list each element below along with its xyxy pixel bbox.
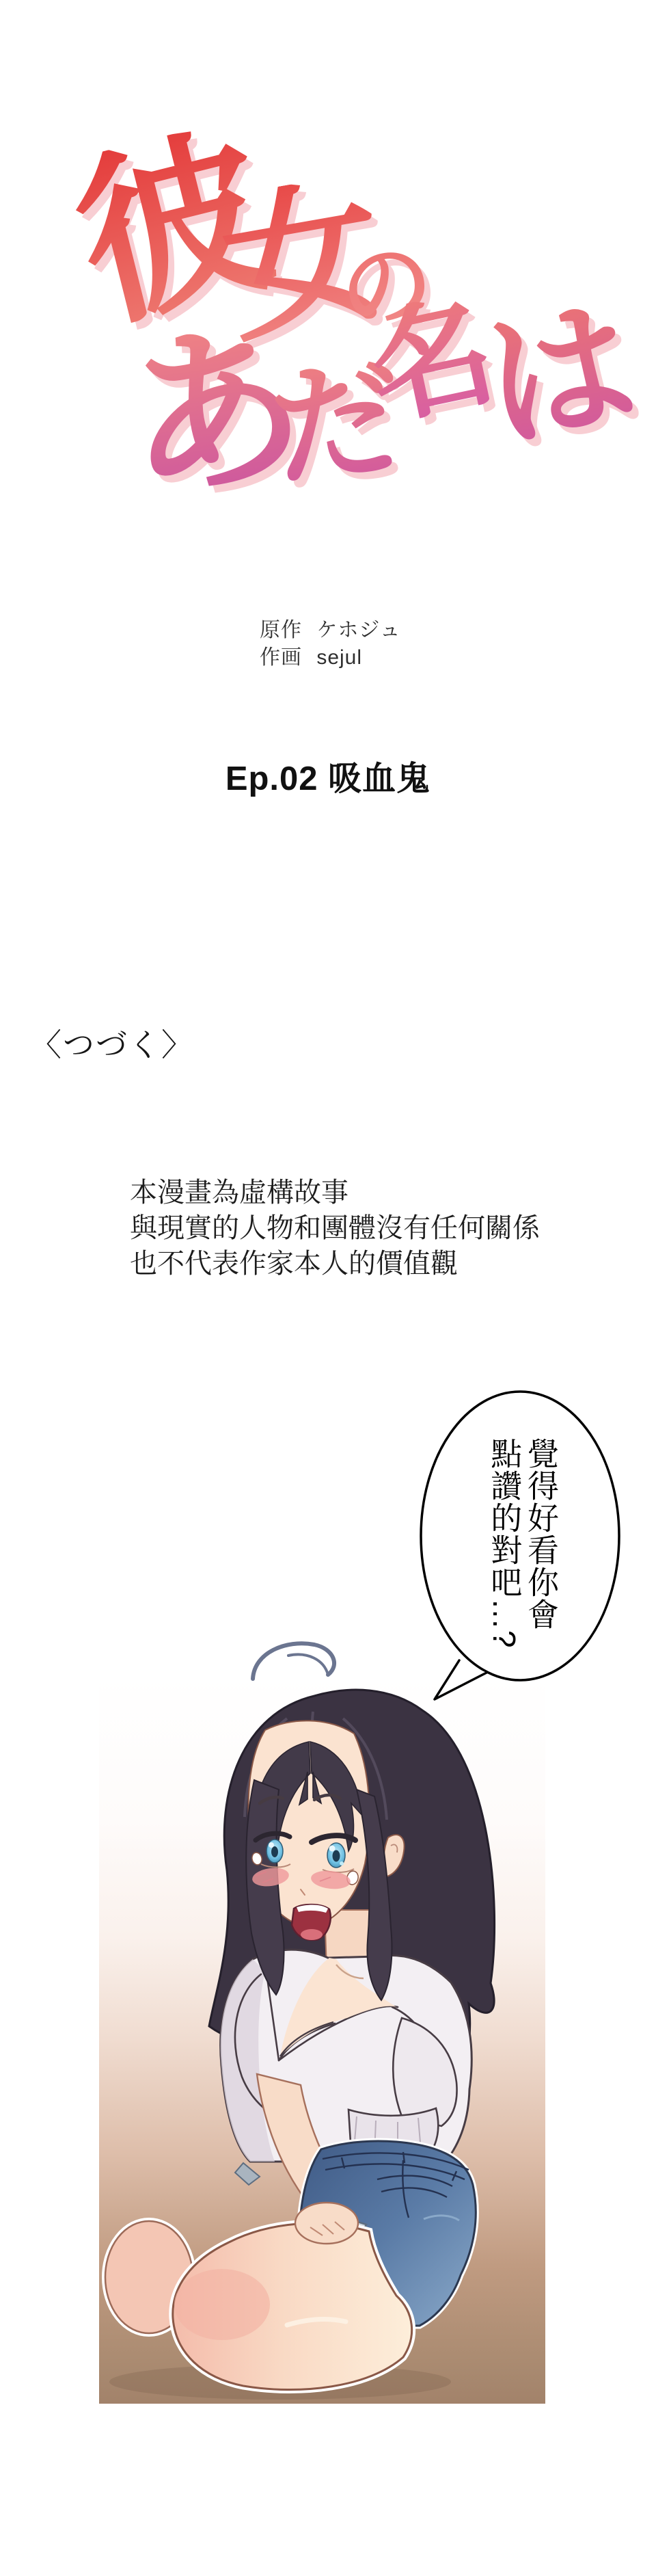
episode-title: Ep.02 吸血鬼 (0, 752, 656, 800)
speech-bubble-text: 覺得好看你會 點讚的對吧…? (487, 1437, 559, 1651)
credit-original-author: 原作 ケホジュ (260, 617, 401, 644)
speech-column: 覺得好看你會 (522, 1437, 559, 1651)
disclaimer-line: 本漫畫為虛構故事 (130, 1175, 540, 1210)
to-be-continued-text: 〈つづく〉 (30, 1020, 194, 1065)
speech-column: 點讚的對吧…? (485, 1437, 522, 1651)
webtoon-page: { "title_logo": { "full_title": "彼女のあだ名は… (0, 0, 656, 2576)
knee-blush (174, 2269, 270, 2340)
hands (295, 2203, 358, 2244)
series-title-logo: 彼 女 の あ だ 名 は (0, 0, 656, 561)
disclaimer-line: 與現實的人物和團體沒有任何關係 (130, 1210, 540, 1246)
disclaimer: 本漫畫為虛構故事 與現實的人物和團體沒有任何關係 也不代表作家本人的價值觀 (130, 1175, 540, 1282)
credit-artist: 作画 sejul (260, 644, 401, 672)
ahoge-hair-strand (253, 1643, 334, 1679)
disclaimer-line: 也不代表作家本人的價值觀 (130, 1246, 540, 1282)
title-char: は (475, 289, 645, 460)
credits: 原作 ケホジュ 作画 sejul (260, 617, 401, 672)
shorts-cuff-left (235, 2163, 260, 2185)
girl-illustration (82, 1638, 560, 2404)
mouth-open (292, 1904, 331, 1940)
